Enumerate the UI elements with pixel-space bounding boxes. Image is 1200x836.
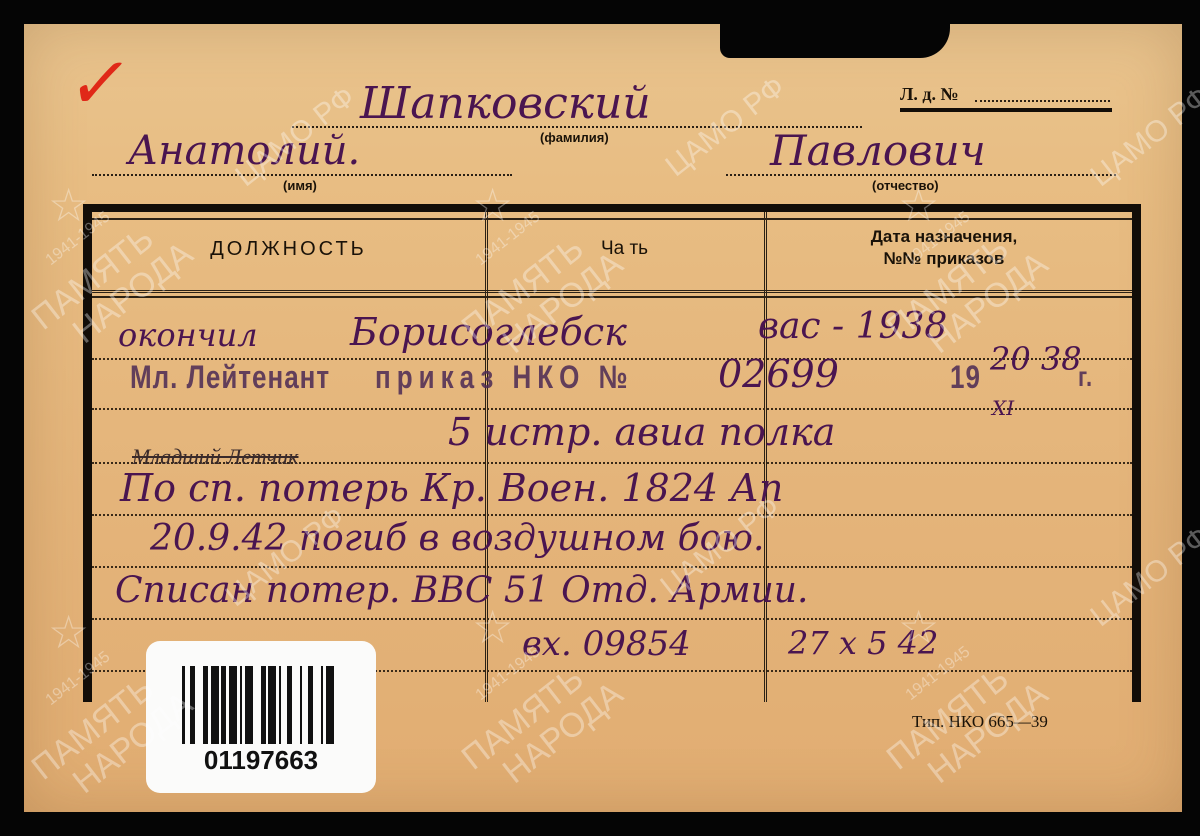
- file-number-label: Л. д. №: [900, 84, 959, 105]
- barcode-bar: [334, 666, 342, 744]
- row7-date: 27 x 5 42: [788, 624, 938, 662]
- row1-text-a: окончил: [118, 316, 258, 354]
- column-header-date-line2: №№ приказов: [764, 248, 1124, 270]
- barcode-bars: [182, 666, 342, 744]
- column-header-position: ДОЛЖНОСТЬ: [92, 238, 485, 261]
- surname-value: Шапковский: [360, 78, 651, 129]
- barcode-bar: [211, 666, 219, 744]
- header-bottom-rule-2: [92, 296, 1132, 298]
- patronymic-line: [726, 174, 1116, 176]
- column-header-date: Дата назначения, №№ приказов: [764, 226, 1124, 270]
- red-check-mark: ✓: [64, 48, 137, 120]
- row2-order-number: 02699: [718, 352, 839, 396]
- patronymic-value: Павлович: [770, 126, 986, 175]
- row1-text-c: вас - 1938: [758, 306, 947, 347]
- column-header-date-line1: Дата назначения,: [764, 226, 1124, 248]
- barcode-bar: [253, 666, 261, 744]
- first-name-label: (имя): [283, 178, 317, 193]
- row2-stamp-rank: Мл. Лейтенант: [130, 358, 330, 397]
- column-header-unit: Ча ть: [485, 238, 764, 260]
- barcode-bar: [195, 666, 203, 744]
- barcode-sticker: 01197663: [146, 641, 376, 793]
- row4-handwritten: По сп. потерь Кр. Воен. 1824 Ап: [120, 466, 783, 510]
- row2-date: 20 38: [990, 340, 1082, 378]
- header-bottom-rule: [92, 290, 1132, 293]
- first-name-value: Анатолий.: [128, 128, 360, 174]
- barcode-bar: [326, 666, 334, 744]
- row3-handwritten: 5 истр. авиа полка: [448, 410, 835, 454]
- first-name-line: [92, 174, 512, 176]
- barcode-bar: [292, 666, 300, 744]
- row-line: [92, 566, 1132, 568]
- patronymic-label: (отчество): [872, 178, 939, 193]
- barcode-bar: [229, 666, 237, 744]
- file-number-line: [975, 100, 1110, 102]
- row6-handwritten: Списан потер. ВВС 51 Отд. Армии.: [115, 570, 808, 611]
- barcode-number: 01197663: [146, 745, 376, 776]
- torn-edge: [720, 24, 950, 58]
- row5-handwritten: 20.9.42 погиб в воздушном бою.: [150, 518, 764, 559]
- print-code: Тип. НКО 665—39: [912, 712, 1048, 732]
- row2-month: XI: [992, 396, 1014, 420]
- row1-text-b: Борисоглебск: [350, 310, 627, 354]
- row2-suffix: г.: [1078, 361, 1093, 394]
- surname-label: (фамилия): [540, 130, 609, 145]
- row-line: [92, 514, 1132, 516]
- barcode-bar: [268, 666, 276, 744]
- file-number-underline: [900, 108, 1112, 112]
- barcode-bar: [313, 666, 321, 744]
- column-divider-2: [764, 212, 767, 702]
- column-divider-1: [485, 212, 488, 702]
- row-line: [92, 618, 1132, 620]
- barcode-bar: [245, 666, 253, 744]
- row2-year-prefix: 19: [950, 358, 981, 397]
- row7-handwritten: вх. 09854: [522, 624, 691, 664]
- header-top-rule: [92, 218, 1132, 220]
- row2-stamp-order: приказ НКО №: [375, 358, 634, 397]
